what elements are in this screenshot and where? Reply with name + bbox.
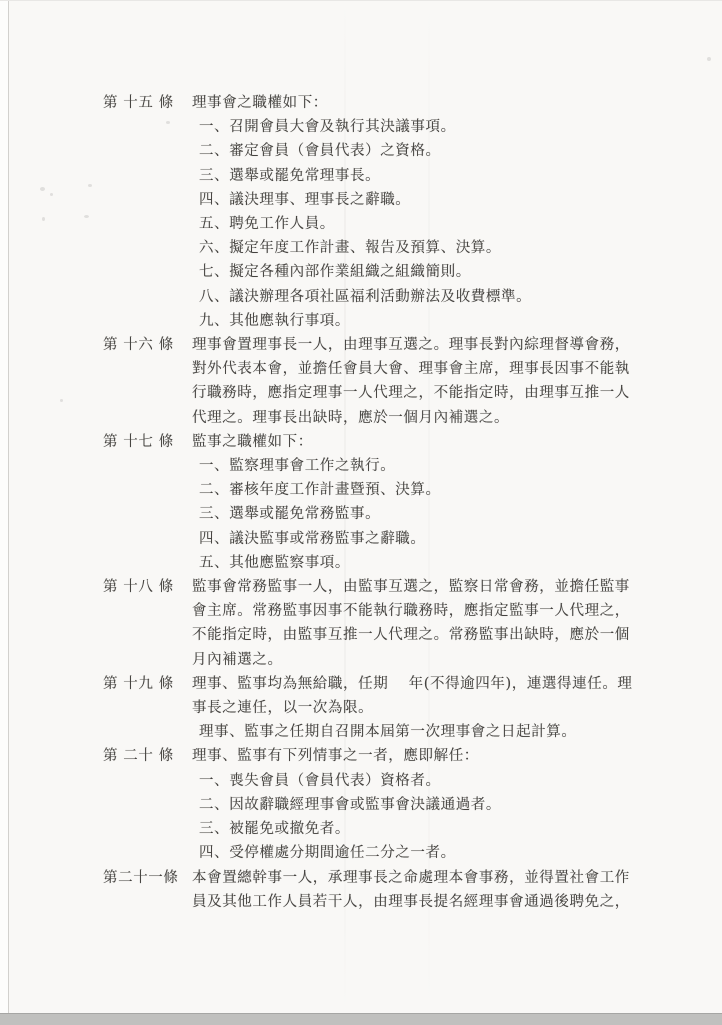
article-line: 理事、監事均為無給職，任期 年(不得逾四年)，連選得連任。理 [192,672,663,696]
article-line: 四、受停權處分期間逾任二分之一者。 [192,841,663,865]
article-row: 第 十九 條 理事、監事均為無給職，任期 年(不得逾四年)，連選得連任。理事長之… [103,672,663,745]
document-content: 第 十五 條 理事會之職權如下：一、召開會員大會及執行其決議事項。二、審定會員（… [103,91,663,914]
scan-smudge [88,184,92,187]
article-line: 三、選舉或罷免常理事長。 [192,164,663,188]
article-line: 四、議決監事或常務監事之辭職。 [192,527,663,551]
article-line: 五、其他應監察事項。 [192,551,663,575]
article-line: 一、喪失會員（會員代表）資格者。 [192,769,663,793]
article-line: 一、召開會員大會及執行其決議事項。 [192,115,663,139]
article-line: 理事、監事之任期自召開本屆第一次理事會之日起計算。 [192,720,663,744]
article-number: 第 十七 條 [103,430,192,454]
article-line: 不能指定時，由監事互推一人代理之。常務監事出缺時，應於一個 [192,623,663,647]
article-number: 第 十五 條 [103,91,192,115]
article-number: 第 十六 條 [103,333,192,357]
article-line: 二、審定會員（會員代表）之資格。 [192,139,663,163]
article-line: 六、擬定年度工作計畫、報告及預算、決算。 [192,236,663,260]
scan-smudge [707,57,711,61]
article-body: 理事會置理事長一人，由理事互選之。理事長對內綜理督導會務，對外代表本會，並擔任會… [192,333,663,430]
scanned-document-page: 第 十五 條 理事會之職權如下：一、召開會員大會及執行其決議事項。二、審定會員（… [0,0,722,1025]
article-line: 理事、監事有下列情事之一者，應即解任： [192,744,663,768]
article-body: 理事、監事均為無給職，任期 年(不得逾四年)，連選得連任。理事長之連任，以一次為… [192,672,663,745]
article-line: 本會置總幹事一人，承理事長之命處理本會事務，並得置社會工作 [192,866,663,890]
article-line: 代理之。理事長出缺時，應於一個月內補選之。 [192,406,663,430]
article-line: 五、聘免工作人員。 [192,212,663,236]
scan-smudge [42,217,45,221]
article-line: 一、監察理事會工作之執行。 [192,454,663,478]
article-line: 九、其他應執行事項。 [192,309,663,333]
article-row: 第 十八 條 監事會常務監事一人，由監事互選之，監察日常會務，並擔任監事會主席。… [103,575,663,672]
article-line: 三、被罷免或撤免者。 [192,817,663,841]
article-line: 二、審核年度工作計畫暨預、決算。 [192,478,663,502]
article-row: 第 二十 條 理事、監事有下列情事之一者，應即解任：一、喪失會員（會員代表）資格… [103,744,663,865]
article-number: 第 十八 條 [103,575,192,599]
article-line: 會主席。常務監事因事不能執行職務時，應指定監事一人代理之， [192,599,663,623]
article-number: 第二十一條 [103,866,192,890]
scan-smudge [40,187,45,191]
article-line: 監事會常務監事一人，由監事互選之，監察日常會務，並擔任監事 [192,575,663,599]
scan-smudge [84,215,89,218]
article-line: 八、議決辦理各項社區福利活動辦法及收費標準。 [192,285,663,309]
article-row: 第 十七 條 監事之職權如下：一、監察理事會工作之執行。二、審核年度工作計畫暨預… [103,430,663,575]
article-body: 監事之職權如下：一、監察理事會工作之執行。二、審核年度工作計畫暨預、決算。三、選… [192,430,663,575]
article-line: 事長之連任，以一次為限。 [192,696,663,720]
article-body: 理事、監事有下列情事之一者，應即解任：一、喪失會員（會員代表）資格者。二、因故辭… [192,744,663,865]
article-line: 行職務時，應指定理事一人代理之，不能指定時，由理事互推一人 [192,381,663,405]
scan-smudge [60,399,63,402]
article-body: 監事會常務監事一人，由監事互選之，監察日常會務，並擔任監事會主席。常務監事因事不… [192,575,663,672]
article-body: 本會置總幹事一人，承理事長之命處理本會事務，並得置社會工作員及其他工作人員若干人… [192,866,663,914]
article-row: 第二十一條 本會置總幹事一人，承理事長之命處理本會事務，並得置社會工作員及其他工… [103,866,663,914]
article-number: 第 二十 條 [103,744,192,768]
article-line: 對外代表本會，並擔任會員大會、理事會主席，理事長因事不能執 [192,357,663,381]
article-line: 二、因故辭職經理事會或監事會決議通過者。 [192,793,663,817]
article-line: 月內補選之。 [192,648,663,672]
article-line: 七、擬定各種內部作業組織之組織簡則。 [192,260,663,284]
scan-bottom-edge [0,1013,722,1025]
article-number: 第 十九 條 [103,672,192,696]
article-line: 三、選舉或罷免常務監事。 [192,502,663,526]
article-body: 理事會之職權如下：一、召開會員大會及執行其決議事項。二、審定會員（會員代表）之資… [192,91,663,333]
scan-left-edge [0,1,9,1025]
article-line: 四、議決理事、理事長之辭職。 [192,188,663,212]
article-line: 理事會置理事長一人，由理事互選之。理事長對內綜理督導會務， [192,333,663,357]
article-row: 第 十五 條 理事會之職權如下：一、召開會員大會及執行其決議事項。二、審定會員（… [103,91,663,333]
article-line: 員及其他工作人員若干人，由理事長提名經理事會通過後聘免之， [192,890,663,914]
article-line: 理事會之職權如下： [192,91,663,115]
article-row: 第 十六 條 理事會置理事長一人，由理事互選之。理事長對內綜理督導會務，對外代表… [103,333,663,430]
scan-smudge [50,193,53,196]
article-line: 監事之職權如下： [192,430,663,454]
